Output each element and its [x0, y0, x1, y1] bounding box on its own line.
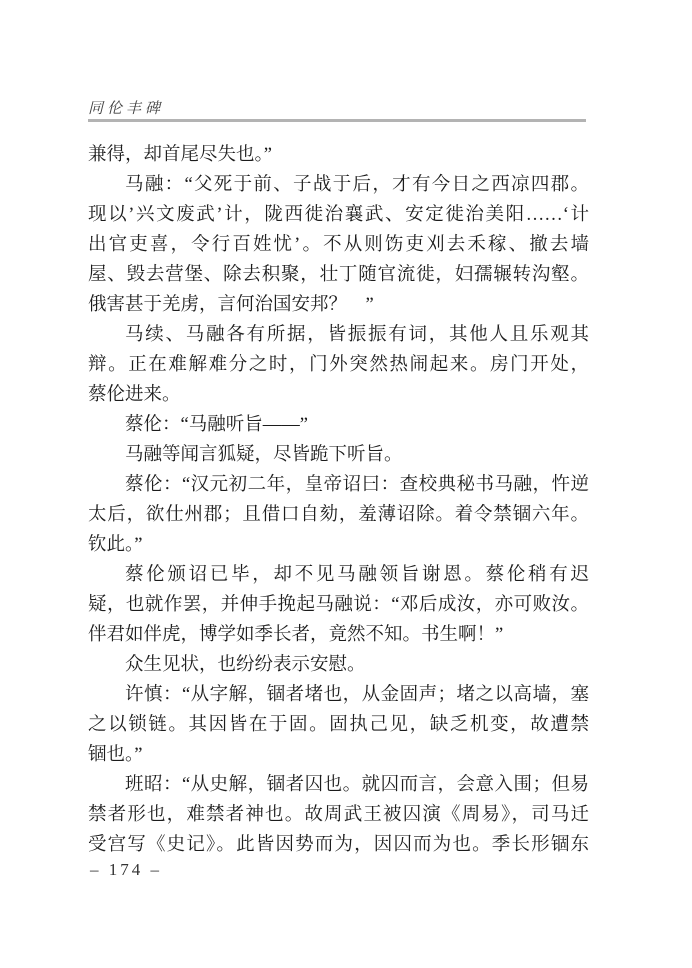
body-text: 兼得，却首尾尽失也。”马融：“父死于前、子战于后，才有今日之西凉四郡。现以’兴文…	[88, 140, 589, 860]
text-line: 蔡伦：“汉元初二年，皇帝诏曰：查校典秘书马融，忤逆	[88, 470, 589, 500]
text-line: 许慎：“从字解，锢者堵也，从金固声；堵之以高墙，塞	[88, 680, 589, 710]
text-line: 现以’兴文废武’计，陇西徙治襄武、安定徙治美阳……‘计	[88, 200, 589, 230]
text-line: 疑，也就作罢，并伸手挽起马融说：“邓后成汝，亦可败汝。	[88, 590, 589, 620]
text-line: 锢也。”	[88, 740, 589, 770]
text-line: 伴君如伴虎，博学如季长者，竟然不知。书生啊！”	[88, 620, 589, 650]
running-head: 同伦丰碑	[88, 97, 164, 118]
text-line: 出官吏喜，令行百姓忧’。不从则饬吏刈去禾稼、撤去墙	[88, 230, 589, 260]
text-line: 屋、毁去营堡、除去积聚，壮丁随官流徙，妇孺辗转沟壑。	[88, 260, 589, 290]
text-line: 马融等闻言狐疑，尽皆跪下听旨。	[88, 440, 589, 470]
book-page: 同伦丰碑 兼得，却首尾尽失也。”马融：“父死于前、子战于后，才有今日之西凉四郡。…	[0, 0, 692, 968]
text-line: 受宫写《史记》。此皆因势而为，因囚而为也。季长形锢东	[88, 830, 589, 860]
text-line: 蔡伦进来。	[88, 380, 589, 410]
text-line: 蔡伦颁诏已毕，却不见马融领旨谢恩。蔡伦稍有迟	[88, 560, 589, 590]
text-line: 之以锁链。其因皆在于固。固执己见，缺乏机变，故遭禁	[88, 710, 589, 740]
text-line: 禁者形也，难禁者神也。故周武王被囚演《周易》，司马迁	[88, 800, 589, 830]
page-number: – 174 –	[90, 860, 162, 880]
header-rule	[88, 119, 586, 122]
text-line: 辩。正在难解难分之时，门外突然热闹起来。房门开处，	[88, 350, 589, 380]
text-line: 蔡伦：“马融听旨——”	[88, 410, 589, 440]
text-line: 马续、马融各有所据，皆振振有词，其他人且乐观其	[88, 320, 589, 350]
text-line: 马融：“父死于前、子战于后，才有今日之西凉四郡。	[88, 170, 589, 200]
text-line: 兼得，却首尾尽失也。”	[88, 140, 589, 170]
text-line: 班昭：“从史解，锢者囚也。就囚而言，会意入围；但易	[88, 770, 589, 800]
text-line: 众生见状，也纷纷表示安慰。	[88, 650, 589, 680]
text-line: 俄害甚于羌虏，言何治国安邦？ ”	[88, 290, 589, 320]
text-line: 钦此。”	[88, 530, 589, 560]
text-line: 太后，欲仕州郡；且借口自劾，羞薄诏除。着令禁锢六年。	[88, 500, 589, 530]
